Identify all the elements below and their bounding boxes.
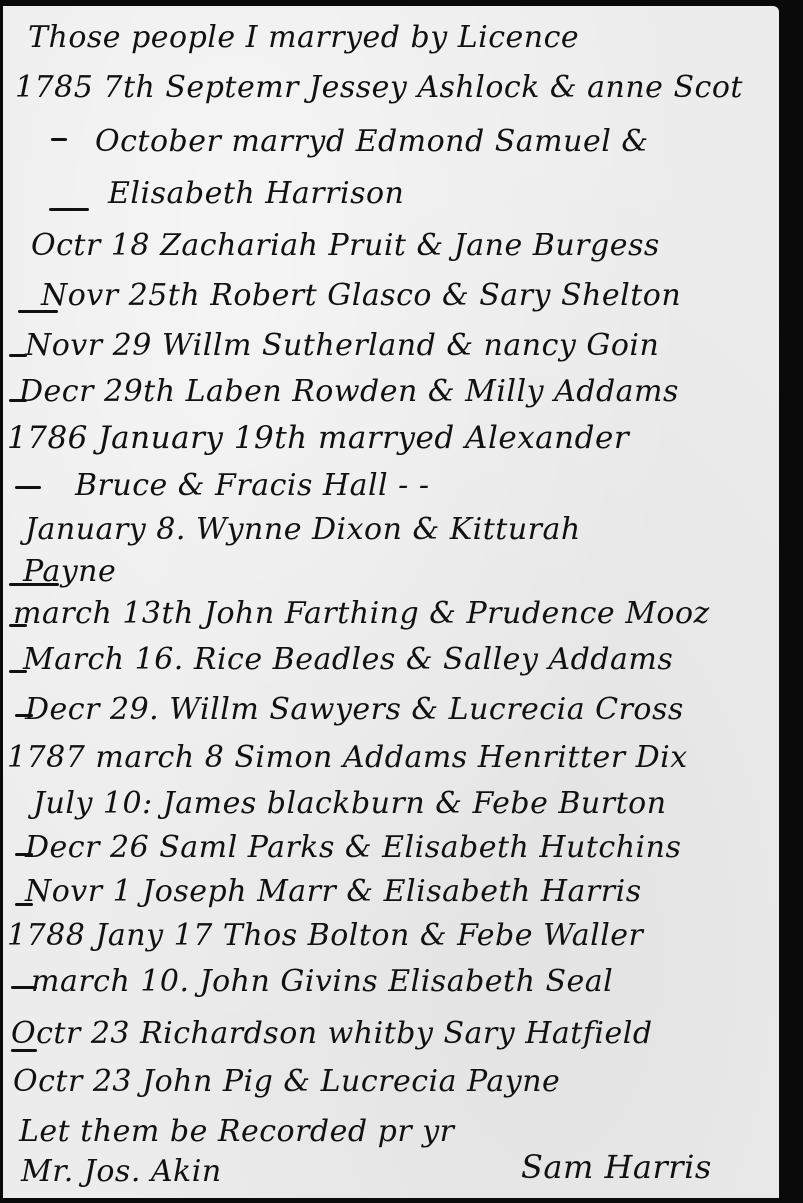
document-title: Those people I marryed by Licence xyxy=(28,20,579,55)
entry-line: 1786 January 19th marryed Alexander xyxy=(7,420,629,456)
entry-text: Rice Beadles & Salley Addams xyxy=(194,642,673,677)
margin-dash xyxy=(18,310,58,313)
margin-dash xyxy=(11,1049,37,1052)
entry-text: Richardson whitby Sary Hatfield xyxy=(140,1016,653,1051)
entry-line: 1785 7th Septemr Jessey Ashlock & anne S… xyxy=(15,70,775,105)
entry-date: Octr 23 xyxy=(13,1064,132,1099)
entry-date: Novr 29 xyxy=(25,328,152,363)
entry-date: Octr 18 xyxy=(31,228,150,263)
margin-dash xyxy=(51,138,67,141)
margin-dash xyxy=(9,399,27,402)
entry-text: James blackburn & Febe Burton xyxy=(163,786,667,821)
closing-line: Let them be Recorded pr yr xyxy=(19,1114,455,1149)
entry-line: July 10: James blackburn & Febe Burton xyxy=(33,786,667,821)
entry-text: Laben Rowden & Milly Addams xyxy=(186,374,679,409)
entry-text: Willm Sutherland & nancy Goin xyxy=(162,328,659,363)
entry-text: Joseph Marr & Elisabeth Harris xyxy=(142,874,641,909)
entry-date: march 10. xyxy=(31,964,190,999)
entry-line: January 8. Wynne Dixon & Kitturah xyxy=(25,512,581,547)
margin-dash xyxy=(15,853,33,856)
margin-dash xyxy=(15,903,33,906)
margin-dash xyxy=(15,714,33,717)
entry-date: Novr 1 xyxy=(25,874,132,909)
entry-line: Bruce & Fracis Hall - - xyxy=(75,468,430,503)
entry-date: Decr 26 xyxy=(25,830,149,865)
margin-dash xyxy=(9,583,59,586)
entry-line: march 10. John Givins Elisabeth Seal xyxy=(31,964,613,999)
entry-line: Decr 26 Saml Parks & Elisabeth Hutchins xyxy=(25,830,681,865)
signature: Sam Harris xyxy=(521,1148,712,1186)
entry-line: 1788 Jany 17 Thos Bolton & Febe Waller xyxy=(7,918,643,953)
entry-date: July 10: xyxy=(33,786,153,821)
entry-text: Elisabeth Harrison xyxy=(108,176,404,211)
entry-text: Bruce & Fracis Hall - - xyxy=(75,468,430,503)
entry-text: Thos Bolton & Febe Waller xyxy=(223,918,644,953)
entry-line: Novr 29 Willm Sutherland & nancy Goin xyxy=(25,328,659,363)
margin-dash xyxy=(15,486,41,489)
entry-text: Saml Parks & Elisabeth Hutchins xyxy=(159,830,681,865)
entry-date: 1787 march 8 xyxy=(7,740,224,775)
entry-date: 1785 7th Septemr xyxy=(15,70,299,105)
entry-date: Octr 23 xyxy=(11,1016,130,1051)
entry-date: march 13th xyxy=(13,596,194,631)
entry-date: January 8. xyxy=(25,512,186,547)
entry-line: Decr 29th Laben Rowden & Milly Addams xyxy=(19,374,679,409)
entry-date: October xyxy=(95,124,221,159)
entry-text: Jessey Ashlock & anne Scot xyxy=(309,70,743,105)
entry-text: Wynne Dixon & Kitturah xyxy=(196,512,581,547)
margin-dash xyxy=(9,354,27,357)
entry-text: Simon Addams Henritter Dix xyxy=(234,740,687,775)
margin-dash xyxy=(49,208,89,211)
entry-date: 1788 Jany 17 xyxy=(7,918,213,953)
entry-line: march 13th John Farthing & Prudence Mooz xyxy=(13,596,710,631)
addressee: Mr. Jos. Akin xyxy=(21,1154,222,1189)
entry-text: John Farthing & Prudence Mooz xyxy=(204,596,710,631)
entry-line: October marryd Edmond Samuel & xyxy=(95,124,649,159)
entry-line: 1787 march 8 Simon Addams Henritter Dix xyxy=(7,740,688,775)
entry-line: Octr 18 Zachariah Pruit & Jane Burgess xyxy=(31,228,660,263)
entry-date: 1786 January 19th xyxy=(7,420,308,456)
margin-dash xyxy=(11,986,37,989)
entry-line: March 16. Rice Beadles & Salley Addams xyxy=(23,642,673,677)
entry-line: Elisabeth Harrison xyxy=(108,176,404,211)
entry-date: Decr 29th xyxy=(19,374,176,409)
entry-line: Octr 23 Richardson whitby Sary Hatfield xyxy=(11,1016,653,1051)
entry-text: Willm Sawyers & Lucrecia Cross xyxy=(169,692,684,727)
margin-dash xyxy=(9,670,27,673)
entry-text: marryd Edmond Samuel & xyxy=(231,124,648,159)
entry-text: Robert Glasco & Sary Shelton xyxy=(210,278,681,313)
margin-dash xyxy=(9,624,27,627)
entry-text: John Givins Elisabeth Seal xyxy=(200,964,614,999)
entry-line: Decr 29. Willm Sawyers & Lucrecia Cross xyxy=(25,692,684,727)
entry-line: Octr 23 John Pig & Lucrecia Payne xyxy=(13,1064,560,1099)
manuscript-page: Those people I marryed by Licence 1785 7… xyxy=(3,6,779,1198)
entry-text: John Pig & Lucrecia Payne xyxy=(142,1064,560,1099)
entry-date: Novr 25th xyxy=(41,278,200,313)
entry-text: Zachariah Pruit & Jane Burgess xyxy=(160,228,660,263)
entry-text: marryed Alexander xyxy=(318,420,629,456)
entry-date: March 16. xyxy=(23,642,184,677)
entry-line: Novr 25th Robert Glasco & Sary Shelton xyxy=(41,278,681,313)
entry-date: Decr 29. xyxy=(25,692,159,727)
entry-line: Novr 1 Joseph Marr & Elisabeth Harris xyxy=(25,874,642,909)
